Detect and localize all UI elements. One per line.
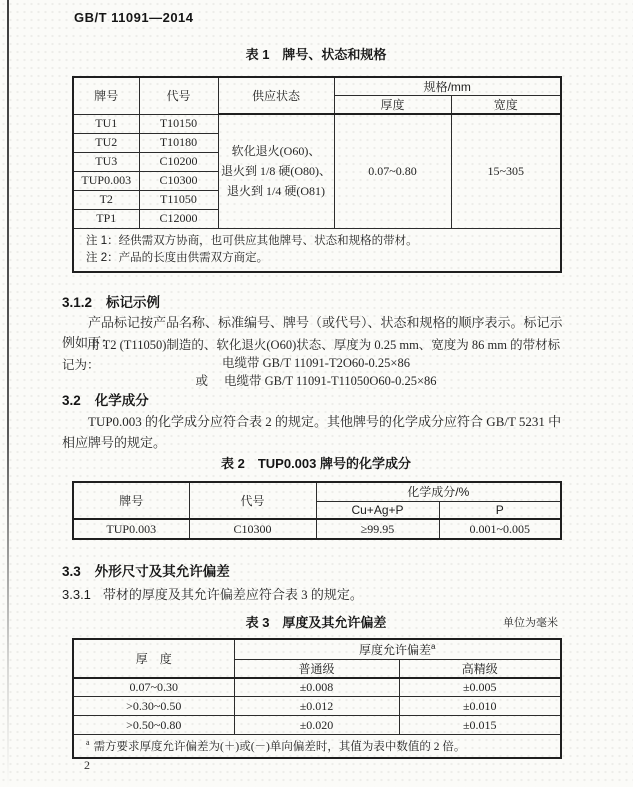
section-number: 3.3.1	[62, 587, 91, 602]
table1-thickness-range-cell: 0.07~0.80	[334, 114, 451, 228]
table1-caption: 表 1 牌号、状态和规格	[72, 44, 560, 63]
table1-code-cell: C12000	[139, 209, 218, 228]
table1-code-cell: T10180	[139, 133, 218, 152]
table3-normal-cell: ±0.008	[234, 678, 399, 697]
table3-header-normal-grade: 普通级	[234, 659, 399, 678]
section-3-2-paragraph: TUP0.003 的化学成分应符合表 2 的规定。其他牌号的化学成分应符合 GB…	[62, 411, 570, 453]
table-row: >0.50~0.80 ±0.020 ±0.015	[73, 716, 561, 735]
table1-brand-cell: TU2	[73, 133, 139, 152]
table-row: TU1 T10150 软化退火(O60)、 退火到 1/8 硬(O80)、 退火…	[73, 114, 561, 133]
table3-normal-cell: ±0.012	[234, 697, 399, 716]
document-page: { "doc": { "header": "GB/T 11091—2014", …	[0, 0, 633, 787]
table1-notes-cell: 注 1：经供需双方协商，也可供应其他牌号、状态和规格的带材。 注 2：产品的长度…	[73, 228, 561, 272]
table3-header-tolerance: 厚度允许偏差a	[234, 639, 561, 659]
section-3-1-2-heading: 3.1.2标记示例	[62, 291, 160, 311]
table3-normal-cell: ±0.020	[234, 716, 399, 735]
table2-caption: 表 2 TUP0.003 牌号的化学成分	[72, 453, 560, 472]
table2-header-chem: 化学成分/%	[316, 482, 561, 501]
page-number: 2	[84, 758, 90, 773]
section-3-3-1-line: 3.3.1带材的厚度及其允许偏差应符合表 3 的规定。	[62, 585, 570, 605]
table1-header-brand: 牌号	[73, 77, 139, 114]
table1-brand-cell: T2	[73, 190, 139, 209]
table2-chemical-composition: 牌号 代号 化学成分/% Cu+Ag+P P TUP0.003 C10300 ≥…	[72, 481, 562, 540]
table3-thickness-cell: >0.30~0.50	[73, 697, 234, 716]
table3-unit-note: 单位为毫米	[503, 614, 558, 630]
table1-note-2: 注 2：产品的长度由供需双方商定。	[86, 250, 556, 267]
note2-label: 注 2：	[86, 252, 119, 264]
or-word: 或	[196, 374, 209, 388]
footnote-text: 需方要求厚度允许偏差为(＋)或(－)单向偏差时，其值为表中数值的 2 倍。	[94, 741, 466, 753]
table-row: TUP0.003 C10300 ≥99.95 0.001~0.005	[73, 519, 561, 539]
table3-caption: 表 3 厚度及其允许偏差	[72, 612, 560, 631]
table1-header-code: 代号	[139, 77, 218, 114]
table1-code-cell: C10300	[139, 171, 218, 190]
table1-brand-cell: TUP0.003	[73, 171, 139, 190]
tolerance-label: 厚度允许偏差	[359, 643, 431, 657]
table3-header-thickness: 厚 度	[73, 639, 234, 678]
table3-thickness-cell: 0.07~0.30	[73, 678, 234, 697]
section-title: 标记示例	[106, 295, 160, 310]
marking-example-2: 或电缆带 GB/T 11091-T11050O60-0.25×86	[72, 371, 560, 389]
table-row: >0.30~0.50 ±0.012 ±0.010	[73, 697, 561, 716]
section-number: 3.1.2	[62, 295, 92, 310]
table2-brand-cell: TUP0.003	[73, 519, 189, 539]
table1-width-range-cell: 15~305	[451, 114, 561, 228]
table2-p-cell: 0.001~0.005	[439, 519, 561, 539]
table2-header-p: P	[439, 501, 561, 519]
section-number: 3.2	[62, 393, 81, 408]
section-title: 化学成分	[95, 393, 149, 408]
section-title: 外形尺寸及其允许偏差	[95, 564, 230, 579]
table1-header-supply: 供应状态	[218, 77, 334, 114]
section-3-3-heading: 3.3外形尺寸及其允许偏差	[62, 560, 230, 580]
table1-supply-state-cell: 软化退火(O60)、 退火到 1/8 硬(O80)、 退火到 1/4 硬(O81…	[218, 114, 334, 228]
table3-high-cell: ±0.015	[399, 716, 561, 735]
tolerance-footnote-mark: a	[431, 642, 435, 651]
table1-grades-states-specs: 牌号 代号 供应状态 规格/mm 厚度 宽度 TU1 T10150 软化退火(O…	[72, 76, 562, 273]
table3-thickness-cell: >0.50~0.80	[73, 716, 234, 735]
table1-brand-cell: TP1	[73, 209, 139, 228]
table1-header-thickness: 厚度	[334, 96, 451, 115]
table1-note-1: 注 1：经供需双方协商，也可供应其他牌号、状态和规格的带材。	[86, 233, 556, 250]
table1-header-spec: 规格/mm	[334, 77, 561, 96]
table2-code-cell: C10300	[189, 519, 316, 539]
table1-code-cell: T11050	[139, 190, 218, 209]
table1-code-cell: T10150	[139, 114, 218, 133]
table2-cuagp-cell: ≥99.95	[316, 519, 439, 539]
marking-example-1: 电缆带 GB/T 11091-T2O60-0.25×86	[72, 353, 560, 371]
note1-label: 注 1：	[86, 235, 119, 247]
table1-header-width: 宽度	[451, 96, 561, 115]
table3-high-cell: ±0.005	[399, 678, 561, 697]
section-text: 带材的厚度及其允许偏差应符合表 3 的规定。	[103, 587, 363, 602]
table3-high-cell: ±0.010	[399, 697, 561, 716]
document-header: GB/T 11091—2014	[74, 10, 194, 25]
table3-caption-row: 表 3 厚度及其允许偏差 单位为毫米	[72, 612, 560, 630]
note1-text: 经供需双方协商，也可供应其他牌号、状态和规格的带材。	[119, 235, 418, 247]
table2-header-code: 代号	[189, 482, 316, 519]
supply-line-2: 退火到 1/8 硬(O80)、	[219, 161, 334, 181]
marking-example-2-text: 电缆带 GB/T 11091-T11050O60-0.25×86	[224, 374, 436, 388]
footnote-mark: a	[86, 738, 90, 747]
table-row: 0.07~0.30 ±0.008 ±0.005	[73, 678, 561, 697]
supply-line-3: 退火到 1/4 硬(O81)	[219, 181, 334, 201]
note2-text: 产品的长度由供需双方商定。	[119, 252, 269, 264]
section-3-2-heading: 3.2化学成分	[62, 389, 149, 409]
scan-edge-artifact	[7, 0, 9, 787]
table3-header-high-grade: 高精级	[399, 659, 561, 678]
table3-footnote-cell: a需方要求厚度允许偏差为(＋)或(－)单向偏差时，其值为表中数值的 2 倍。	[73, 735, 561, 759]
table1-code-cell: C10200	[139, 152, 218, 171]
table1-brand-cell: TU1	[73, 114, 139, 133]
section-number: 3.3	[62, 564, 81, 579]
table3-thickness-tolerance: 厚 度 厚度允许偏差a 普通级 高精级 0.07~0.30 ±0.008 ±0.…	[72, 638, 562, 759]
table1-brand-cell: TU3	[73, 152, 139, 171]
table2-header-cuagp: Cu+Ag+P	[316, 501, 439, 519]
supply-line-1: 软化退火(O60)、	[219, 141, 334, 161]
table2-header-brand: 牌号	[73, 482, 189, 519]
